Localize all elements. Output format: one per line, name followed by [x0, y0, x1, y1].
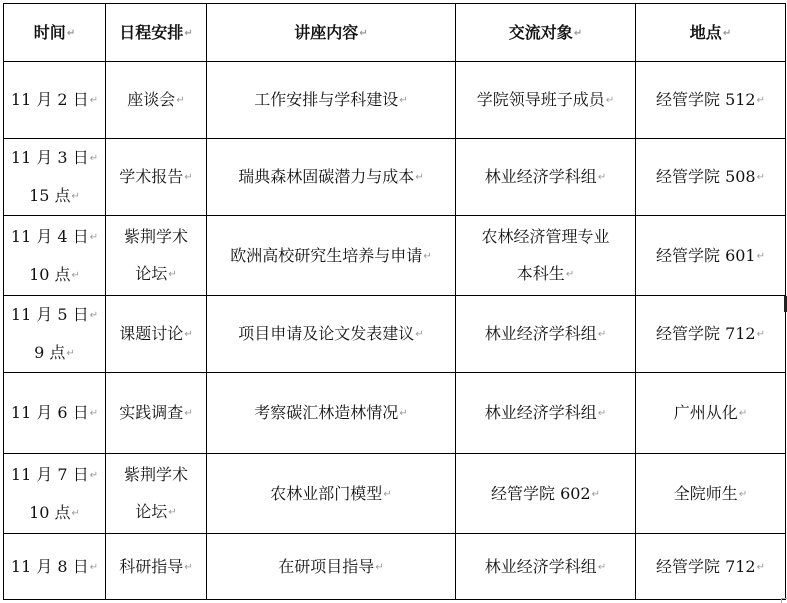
paragraph-mark-icon: ↵	[72, 270, 80, 281]
cell-time: 11 月 8 日↵	[4, 534, 106, 600]
header-content: 讲座内容↵	[207, 4, 456, 62]
paragraph-mark-icon: ↵	[757, 329, 765, 340]
table-row: 11 月 2 日↵ 座谈会↵ 工作安排与学科建设↵ 学院领导班子成员↵ 经管学院…	[4, 62, 786, 139]
cell-audience: 林业经济学科组↵	[456, 139, 636, 216]
table-row: 11 月 5 日↵ 9 点↵ 课题讨论↵ 项目申请及论文发表建议↵ 林业经济学科…	[4, 296, 786, 373]
cell-time: 11 月 2 日↵	[4, 62, 106, 139]
paragraph-mark-icon: ↵	[757, 251, 765, 262]
paragraph-mark-icon: ↵	[359, 28, 367, 39]
cell-location: 全院师生↵	[636, 454, 786, 534]
header-location: 地点↵	[636, 4, 786, 62]
header-time: 时间↵	[4, 4, 106, 62]
cell-schedule: 课题讨论↵	[106, 296, 207, 373]
paragraph-mark-icon: ↵	[184, 28, 192, 39]
paragraph-mark-icon: ↵	[184, 172, 192, 183]
paragraph-mark-icon: ↵	[606, 95, 614, 106]
paragraph-mark-icon: ↵	[90, 95, 98, 106]
paragraph-mark-icon: ↵	[723, 28, 731, 39]
cell-content: 欧洲高校研究生培养与申请↵	[207, 216, 456, 296]
paragraph-mark-icon: ↵	[90, 153, 98, 164]
table-row: 11 月 6 日↵ 实践调查↵ 考察碳汇林造林情况↵ 林业经济学科组↵ 广州从化…	[4, 373, 786, 454]
cell-schedule: 科研指导↵	[106, 534, 207, 600]
paragraph-mark-icon: ↵	[72, 191, 80, 202]
table-row: 11 月 3 日↵ 15 点↵ 学术报告↵ 瑞典森林固碳潜力与成本↵ 林业经济学…	[4, 139, 786, 216]
cell-content: 工作安排与学科建设↵	[207, 62, 456, 139]
paragraph-mark-icon: ↵	[598, 562, 606, 573]
header-audience: 交流对象↵	[456, 4, 636, 62]
paragraph-mark-icon: ↵	[168, 269, 176, 280]
paragraph-mark-icon: ↵	[90, 470, 98, 481]
cell-audience: 经管学院 602↵	[456, 454, 636, 534]
table-row: 11 月 7 日↵ 10 点↵ 紫荆学术 论坛↵ 农林业部门模型↵ 经管学院 6…	[4, 454, 786, 534]
paragraph-mark-icon: ↵	[757, 172, 765, 183]
table-row: 11 月 4 日↵ 10 点↵ 紫荆学术 论坛↵ 欧洲高校研究生培养与申请↵ 农…	[4, 216, 786, 296]
cell-content: 瑞典森林固碳潜力与成本↵	[207, 139, 456, 216]
paragraph-mark-icon: ↵	[72, 508, 80, 519]
paragraph-mark-icon: ↵	[184, 562, 192, 573]
paragraph-mark-icon: ↵	[598, 172, 606, 183]
cell-audience: 林业经济学科组↵	[456, 534, 636, 600]
cell-schedule: 学术报告↵	[106, 139, 207, 216]
table-row: 11 月 8 日↵ 科研指导↵ 在研项目指导↵ 林业经济学科组↵ 经管学院 71…	[4, 534, 786, 600]
paragraph-mark-icon: ↵	[757, 562, 765, 573]
paragraph-mark-icon: ↵	[184, 408, 192, 419]
content-text: 瑞典森林固碳潜力与成本	[238, 167, 414, 186]
paragraph-mark-icon: ↵	[176, 95, 184, 106]
header-schedule: 日程安排↵	[106, 4, 207, 62]
cell-content: 在研项目指导↵	[207, 534, 456, 600]
cell-content: 项目申请及论文发表建议↵	[207, 296, 456, 373]
paragraph-mark-icon: ↵	[415, 172, 423, 183]
paragraph-mark-icon: ↵	[168, 507, 176, 518]
cell-schedule: 紫荆学术 论坛↵	[106, 216, 207, 296]
cell-location: 经管学院 601↵	[636, 216, 786, 296]
paragraph-mark-icon: ↵	[598, 329, 606, 340]
paragraph-mark-icon: ↵	[184, 329, 192, 340]
cell-time: 11 月 3 日↵ 15 点↵	[4, 139, 106, 216]
cell-schedule: 座谈会↵	[106, 62, 207, 139]
paragraph-mark-icon: ↵	[598, 408, 606, 419]
cell-location: 经管学院 712↵	[636, 296, 786, 373]
paragraph-mark-icon: ↵	[399, 95, 407, 106]
cell-audience: 林业经济学科组↵	[456, 296, 636, 373]
paragraph-mark-icon: ↵	[399, 408, 407, 419]
paragraph-mark-icon: ↵	[90, 232, 98, 243]
cell-location: 经管学院 712↵	[636, 534, 786, 600]
paragraph-mark-icon: ↵	[90, 408, 98, 419]
header-row: 时间↵ 日程安排↵ 讲座内容↵ 交流对象↵ 地点↵	[4, 4, 786, 62]
paragraph-mark-icon: ↵	[757, 95, 765, 106]
paragraph-mark-icon: ↵	[383, 489, 391, 500]
paragraph-mark-icon: ↵	[423, 251, 431, 262]
paragraph-mark-icon: ↵	[592, 489, 600, 500]
table-end-marker	[781, 598, 787, 603]
cell-location: 经管学院 512↵	[636, 62, 786, 139]
paragraph-mark-icon: ↵	[739, 489, 747, 500]
cell-time: 11 月 7 日↵ 10 点↵	[4, 454, 106, 534]
paragraph-mark-icon: ↵	[67, 28, 75, 39]
paragraph-mark-icon: ↵	[90, 562, 98, 573]
cell-time: 11 月 6 日↵	[4, 373, 106, 454]
cell-time: 11 月 4 日↵ 10 点↵	[4, 216, 106, 296]
cell-time: 11 月 5 日↵ 9 点↵	[4, 296, 106, 373]
cell-content: 考察碳汇林造林情况↵	[207, 373, 456, 454]
paragraph-mark-icon: ↵	[739, 408, 747, 419]
cell-audience: 学院领导班子成员↵	[456, 62, 636, 139]
cell-schedule: 实践调查↵	[106, 373, 207, 454]
cell-audience: 农林经济管理专业 本科生↵	[456, 216, 636, 296]
paragraph-mark-icon: ↵	[375, 562, 383, 573]
cell-location: 经管学院 508↵	[636, 139, 786, 216]
schedule-table: 时间↵ 日程安排↵ 讲座内容↵ 交流对象↵ 地点↵ 11 月 2 日↵ 座谈会↵…	[3, 3, 786, 600]
paragraph-mark-icon: ↵	[90, 310, 98, 321]
cell-audience: 林业经济学科组↵	[456, 373, 636, 454]
cell-location: 广州从化↵	[636, 373, 786, 454]
paragraph-mark-icon: ↵	[574, 28, 582, 39]
cell-content: 农林业部门模型↵	[207, 454, 456, 534]
paragraph-mark-icon: ↵	[415, 329, 423, 340]
paragraph-mark-icon: ↵	[66, 348, 74, 359]
cell-schedule: 紫荆学术 论坛↵	[106, 454, 207, 534]
paragraph-mark-icon: ↵	[566, 269, 574, 280]
